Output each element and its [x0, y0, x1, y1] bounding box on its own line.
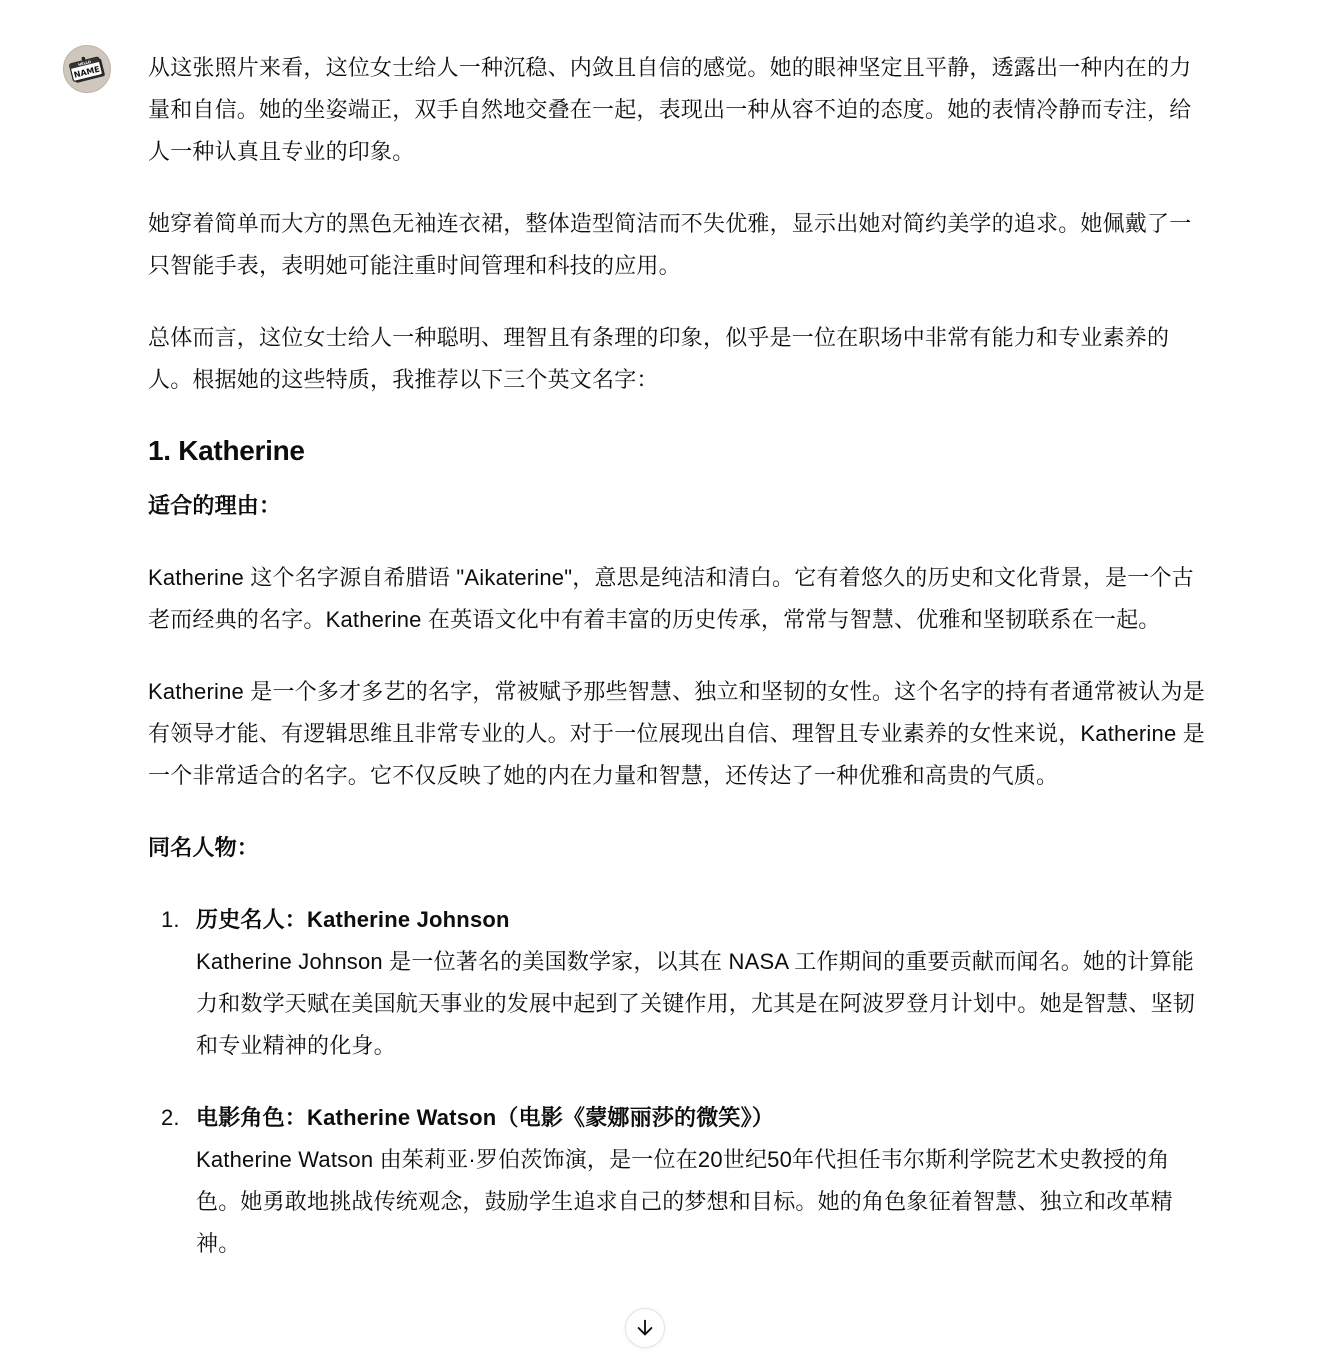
assistant-avatar: HELLO NAME	[63, 45, 111, 93]
list-number: 2.	[161, 1097, 180, 1139]
chat-conversation: HELLO NAME 从这张照片来看，这位女士给人一种沉稳、内敛且自信的感觉。她…	[0, 0, 1340, 1362]
list-item: 1. 历史名人：Katherine Johnson Katherine John…	[148, 899, 1208, 1067]
namesake-title: 历史名人：Katherine Johnson	[196, 899, 1208, 941]
arrow-down-icon	[634, 1317, 656, 1339]
reason-label: 适合的理由：	[148, 485, 1208, 527]
namesake-category: 历史名人：	[196, 907, 307, 932]
section-heading: 1. Katherine	[148, 431, 1208, 471]
namesake-category: 电影角色：	[196, 1105, 307, 1130]
intro-paragraph: 从这张照片来看，这位女士给人一种沉稳、内敛且自信的感觉。她的眼神坚定且平静，透露…	[148, 47, 1208, 173]
namesake-suffix: （电影《蒙娜丽莎的微笑》）	[496, 1105, 774, 1130]
assistant-message: 从这张照片来看，这位女士给人一种沉稳、内敛且自信的感觉。她的眼神坚定且平静，透露…	[148, 47, 1208, 1295]
scroll-to-bottom-button[interactable]	[625, 1308, 665, 1348]
intro-paragraph: 她穿着简单而大方的黑色无袖连衣裙，整体造型简洁而不失优雅，显示出她对简约美学的追…	[148, 203, 1208, 287]
list-item: 2. 电影角色：Katherine Watson（电影《蒙娜丽莎的微笑》） Ka…	[148, 1097, 1208, 1265]
namesakes-label: 同名人物：	[148, 827, 1208, 869]
name-tag-icon: HELLO NAME	[65, 47, 109, 91]
namesakes-list: 1. 历史名人：Katherine Johnson Katherine John…	[148, 899, 1208, 1265]
namesake-name: Katherine Johnson	[307, 907, 510, 932]
namesake-description: Katherine Johnson 是一位著名的美国数学家，以其在 NASA 工…	[196, 949, 1195, 1058]
namesake-title: 电影角色：Katherine Watson（电影《蒙娜丽莎的微笑》）	[196, 1097, 1208, 1139]
namesake-name: Katherine Watson	[307, 1105, 496, 1130]
reason-paragraph: Katherine 是一个多才多艺的名字，常被赋予那些智慧、独立和坚韧的女性。这…	[148, 671, 1208, 797]
list-number: 1.	[161, 899, 180, 941]
intro-paragraph: 总体而言，这位女士给人一种聪明、理智且有条理的印象，似乎是一位在职场中非常有能力…	[148, 317, 1208, 401]
namesake-description: Katherine Watson 由茱莉亚·罗伯茨饰演，是一位在20世纪50年代…	[196, 1147, 1173, 1256]
reason-paragraph: Katherine 这个名字源自希腊语 "Aikaterine"，意思是纯洁和清…	[148, 557, 1208, 641]
